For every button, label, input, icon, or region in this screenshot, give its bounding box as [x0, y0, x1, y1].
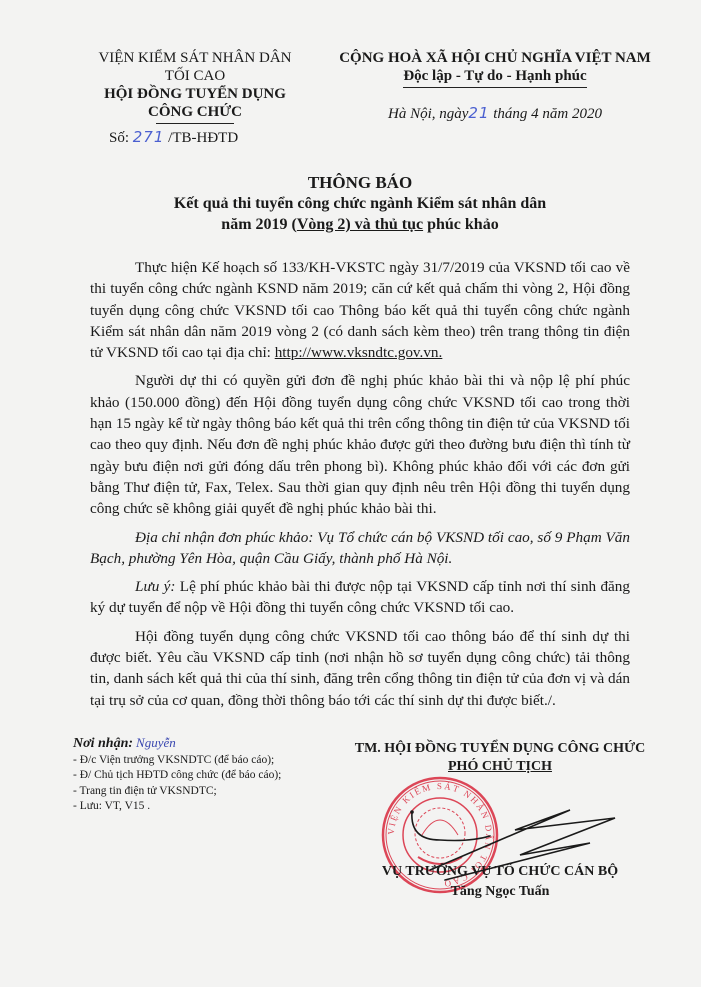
document-heading: THÔNG BÁO	[90, 172, 630, 193]
recipient-item: - Đ/ Chủ tịch HĐTD công chức (để báo cáo…	[73, 768, 363, 784]
recipient-item: - Trang tin điện tử VKSNDTC;	[73, 784, 363, 800]
paragraph-closing: Hội đồng tuyển dụng công chức VKSND tối …	[90, 626, 630, 711]
document-number-suffix: /TB-HĐTD	[168, 130, 238, 146]
subtitle-part: phúc khảo	[423, 216, 499, 233]
document-subtitle-line1: Kết quả thi tuyển công chức ngành Kiểm s…	[90, 193, 630, 214]
recipients-block: Nơi nhận:Nguyễn - Đ/c Viện trưởng VKSNDT…	[73, 735, 363, 815]
document-number: Số: 271 /TB-HĐTD	[95, 128, 295, 147]
recipients-label: Nơi nhận:	[73, 736, 133, 751]
council-name-line2: CÔNG CHỨC	[95, 103, 295, 121]
document-number-prefix: Số:	[109, 130, 129, 146]
website-link[interactable]: http://www.vksndtc.gov.vn.	[275, 344, 443, 361]
subtitle-part: năm 2019 (	[221, 216, 297, 233]
document-number-handwritten: 271	[133, 128, 165, 146]
nation-name: CỘNG HOÀ XÃ HỘI CHỦ NGHĨA VIỆT NAM	[320, 49, 670, 67]
document-body: Thực hiện Kế hoạch số 133/KH-VKSTC ngày …	[90, 257, 630, 718]
paragraph-review-rights: Người dự thi có quyền gửi đơn đề nghị ph…	[90, 370, 630, 519]
document-title-block: THÔNG BÁO Kết quả thi tuyển công chức ng…	[90, 172, 630, 235]
recipient-item: - Lưu: VT, V15 .	[73, 799, 363, 815]
agency-name-line1: VIỆN KIỂM SÁT NHÂN DÂN	[95, 49, 295, 67]
council-name-line1: HỘI ĐỒNG TUYỂN DỤNG	[95, 85, 295, 103]
handwritten-signature-icon	[400, 770, 640, 890]
header-divider	[156, 123, 234, 124]
subtitle-underlined-part: Vòng 2) và thủ tục	[297, 216, 423, 233]
document-subtitle-line2: năm 2019 (Vòng 2) và thủ tục phúc khảo	[90, 214, 630, 235]
recipient-item: - Đ/c Viện trưởng VKSNDTC (để báo cáo);	[73, 753, 363, 769]
date-suffix: tháng 4 năm 2020	[493, 106, 602, 122]
paragraph-review-address: Địa chỉ nhận đơn phúc khảo: Vụ Tổ chức c…	[90, 527, 630, 570]
national-header-block: CỘNG HOÀ XÃ HỘI CHỦ NGHĨA VIỆT NAM Độc l…	[320, 49, 670, 123]
signature-on-behalf: TM. HỘI ĐỒNG TUYỂN DỤNG CÔNG CHỨC	[330, 740, 670, 758]
paragraph-note: Lưu ý: Lệ phí phúc khảo bài thi được nộp…	[90, 576, 630, 619]
note-label: Lưu ý:	[135, 578, 175, 595]
initials-handwritten: Nguyễn	[136, 735, 176, 750]
date-day-handwritten: 21	[468, 104, 489, 122]
paragraph-plan-reference: Thực hiện Kế hoạch số 133/KH-VKSTC ngày …	[90, 257, 630, 363]
date-prefix: Hà Nội, ngày	[388, 106, 468, 122]
issue-date: Hà Nội, ngày21 tháng 4 năm 2020	[320, 104, 670, 123]
issuing-agency-block: VIỆN KIỂM SÁT NHÂN DÂN TỐI CAO HỘI ĐỒNG …	[95, 49, 295, 147]
agency-name-line2: TỐI CAO	[95, 67, 295, 85]
national-motto: Độc lập - Tự do - Hạnh phúc	[403, 67, 586, 88]
